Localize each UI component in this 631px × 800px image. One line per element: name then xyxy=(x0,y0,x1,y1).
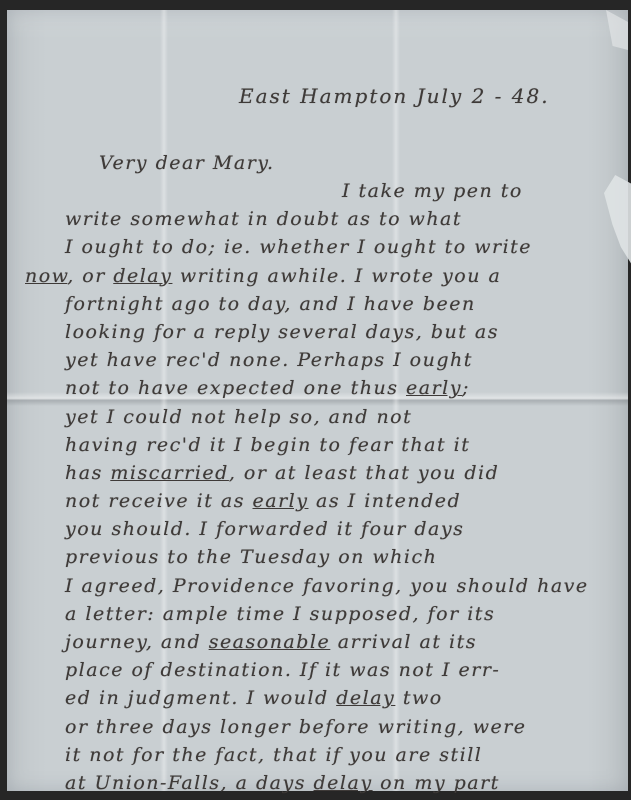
letter-line-7: yet have rec'd none. Perhaps I ought xyxy=(65,349,473,371)
letter-line-2: write somewhat in doubt as to what xyxy=(65,208,462,230)
letter-line-1: I take my pen to xyxy=(342,180,523,202)
letter-line-9: yet I could not help so, and not xyxy=(65,406,412,428)
letter-line-15: I agreed, Providence favoring, you shoul… xyxy=(65,575,589,597)
letter-line-3: I ought to do; ie. whether I ought to wr… xyxy=(65,236,532,258)
letter-line-11: has miscarried, or at least that you did xyxy=(65,462,499,484)
letter-heading: East Hampton July 2 - 48. xyxy=(239,84,550,108)
letter-page: East Hampton July 2 - 48. Very dear Mary… xyxy=(7,10,628,791)
salutation: Very dear Mary. xyxy=(99,152,275,174)
letter-line-14: previous to the Tuesday on which xyxy=(65,546,437,568)
letter-line-16: a letter: ample time I supposed, for its xyxy=(65,603,495,625)
letter-line-4: now, or delay writing awhile. I wrote yo… xyxy=(25,265,501,287)
letter-line-10: having rec'd it I begin to fear that it xyxy=(65,434,470,456)
letter-line-5: fortnight ago to day, and I have been xyxy=(65,293,476,315)
letter-line-18: place of destination. If it was not I er… xyxy=(65,659,500,681)
letter-line-12: not receive it as early as I intended xyxy=(65,490,461,512)
letter-line-21: it not for the fact, that if you are sti… xyxy=(65,744,482,766)
letter-line-22: at Union-Falls, a days delay on my part xyxy=(65,772,500,794)
letter-line-17: journey, and seasonable arrival at its xyxy=(65,631,477,653)
torn-edge xyxy=(604,175,631,265)
folded-corner xyxy=(606,10,628,50)
letter-line-19: ed in judgment. I would delay two xyxy=(65,687,443,709)
letter-line-20: or three days longer before writing, wer… xyxy=(65,716,527,738)
letter-line-6: looking for a reply several days, but as xyxy=(65,321,499,343)
letter-line-8: not to have expected one thus early; xyxy=(65,377,470,399)
letter-line-13: you should. I forwarded it four days xyxy=(65,518,464,540)
